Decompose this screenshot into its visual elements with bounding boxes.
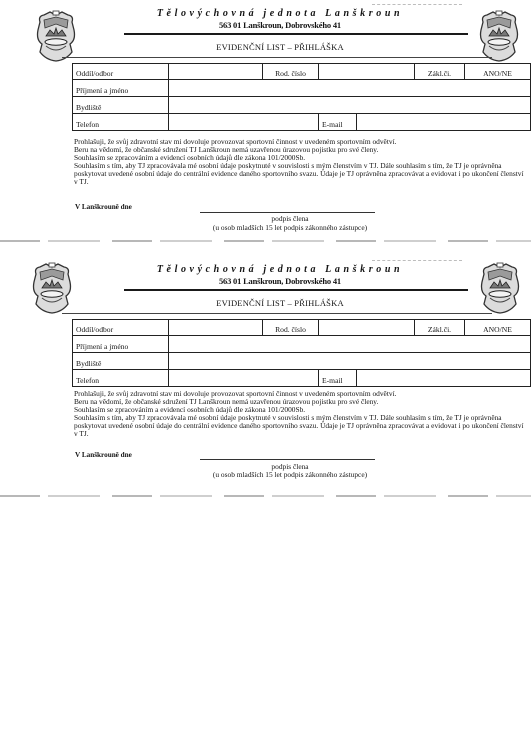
organization-name: Tělovýchovná jednota Lanškroun xyxy=(100,264,460,275)
registration-table: Oddíl/odbor Rod. číslo Zákl.či. ANO/NE P… xyxy=(72,63,531,131)
place-date-label: V Lanškrouně dne xyxy=(75,203,132,211)
oddil-field[interactable] xyxy=(169,320,263,336)
organization-name: Tělovýchovná jednota Lanškroun xyxy=(100,8,460,19)
declaration-data-sharing: Souhlasím s tím, aby TJ zpracovávala mé … xyxy=(74,414,524,438)
telefon-field[interactable] xyxy=(169,114,319,131)
header-rule xyxy=(124,33,468,35)
prijmeni-field[interactable] xyxy=(169,336,531,353)
telefon-field[interactable] xyxy=(169,370,319,387)
ano-ne-field[interactable]: ANO/NE xyxy=(465,320,531,336)
signature-line[interactable] xyxy=(200,212,375,213)
rod-cislo-field[interactable] xyxy=(319,64,415,80)
prijmeni-field[interactable] xyxy=(169,80,531,97)
telefon-label: Telefon xyxy=(73,114,169,131)
document-title: EVIDENČNÍ LIST – PŘIHLÁŠKA xyxy=(100,298,460,308)
signature-line[interactable] xyxy=(200,459,375,460)
zakl-label: Zákl.či. xyxy=(415,320,465,336)
registration-table: Oddíl/odbor Rod. číslo Zákl.či. ANO/NE P… xyxy=(72,319,531,387)
title-rule xyxy=(62,57,492,58)
declarations: Prohlašuji, že svůj zdravotní stav mi do… xyxy=(74,138,524,185)
scan-mark xyxy=(372,4,462,6)
declaration-data-sharing: Souhlasím s tím, aby TJ zpracovávala mé … xyxy=(74,162,524,186)
club-crest-icon xyxy=(477,10,521,62)
oddil-label: Oddíl/odbor xyxy=(73,320,169,336)
declarations: Prohlašuji, že svůj zdravotní stav mi do… xyxy=(74,390,524,437)
email-field[interactable] xyxy=(357,114,531,131)
bydliste-field[interactable] xyxy=(169,97,531,114)
telefon-label: Telefon xyxy=(73,370,169,387)
cut-line xyxy=(0,495,531,497)
prijmeni-label: Příjmení a jméno xyxy=(73,80,169,97)
scan-mark xyxy=(372,260,462,262)
email-label: E-mail xyxy=(319,370,357,387)
signature-note: (u osob mladších 15 let podpis zákonného… xyxy=(140,470,440,479)
bydliste-label: Bydliště xyxy=(73,97,169,114)
signature-note: (u osob mladších 15 let podpis zákonného… xyxy=(140,223,440,232)
ano-ne-field[interactable]: ANO/NE xyxy=(465,64,531,80)
rod-cislo-label: Rod. číslo xyxy=(263,64,319,80)
email-field[interactable] xyxy=(357,370,531,387)
organization-address: 563 01 Lanškroun, Dobrovského 41 xyxy=(100,20,460,30)
document-title: EVIDENČNÍ LIST – PŘIHLÁŠKA xyxy=(100,42,460,52)
registration-form-1: Tělovýchovná jednota Lanškroun 563 01 La… xyxy=(0,0,531,245)
bydliste-label: Bydliště xyxy=(73,353,169,370)
cut-line xyxy=(0,240,531,242)
bydliste-field[interactable] xyxy=(169,353,531,370)
title-rule xyxy=(62,313,492,314)
registration-form-2: Tělovýchovná jednota Lanškroun 563 01 La… xyxy=(0,256,531,501)
email-label: E-mail xyxy=(319,114,357,131)
rod-cislo-field[interactable] xyxy=(319,320,415,336)
oddil-label: Oddíl/odbor xyxy=(73,64,169,80)
club-crest-icon xyxy=(478,262,522,314)
prijmeni-label: Příjmení a jméno xyxy=(73,336,169,353)
club-crest-icon xyxy=(34,10,78,62)
club-crest-icon xyxy=(30,262,74,314)
signature-label: podpis člena xyxy=(190,214,390,223)
header-rule xyxy=(124,289,468,291)
oddil-field[interactable] xyxy=(169,64,263,80)
place-date-label: V Lanškrouně dne xyxy=(75,451,132,459)
rod-cislo-label: Rod. číslo xyxy=(263,320,319,336)
zakl-label: Zákl.či. xyxy=(415,64,465,80)
organization-address: 563 01 Lanškroun, Dobrovského 41 xyxy=(100,276,460,286)
